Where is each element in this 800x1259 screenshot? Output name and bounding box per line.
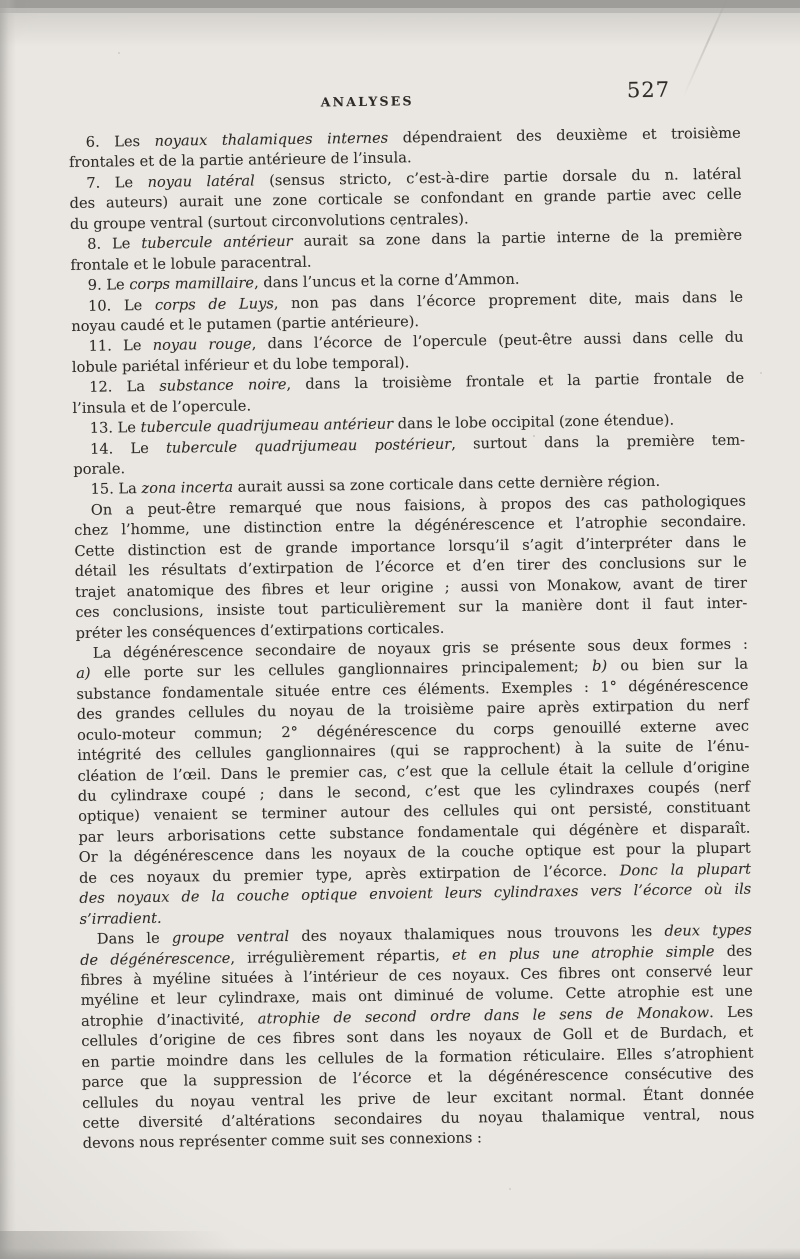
paper-speck <box>760 372 762 374</box>
text-column: 6. Les noyaux thalamiques internes dépen… <box>69 124 755 1155</box>
scan-left-edge <box>0 0 16 1259</box>
scanned-page: { "colors": { "paper": "#eae7e2", "ink":… <box>0 0 800 1259</box>
page-content: ANALYSES 527 6. Les noyaux thalamiques i… <box>68 81 755 1155</box>
scan-bottom-left-shadow <box>0 1231 320 1259</box>
page-number: 527 <box>627 78 670 103</box>
paper-speck <box>509 1188 511 1190</box>
scan-top-edge-fade <box>0 13 800 47</box>
paper-speck <box>118 52 120 54</box>
running-head-title: ANALYSES <box>31 89 703 113</box>
scan-top-edge <box>0 0 800 13</box>
